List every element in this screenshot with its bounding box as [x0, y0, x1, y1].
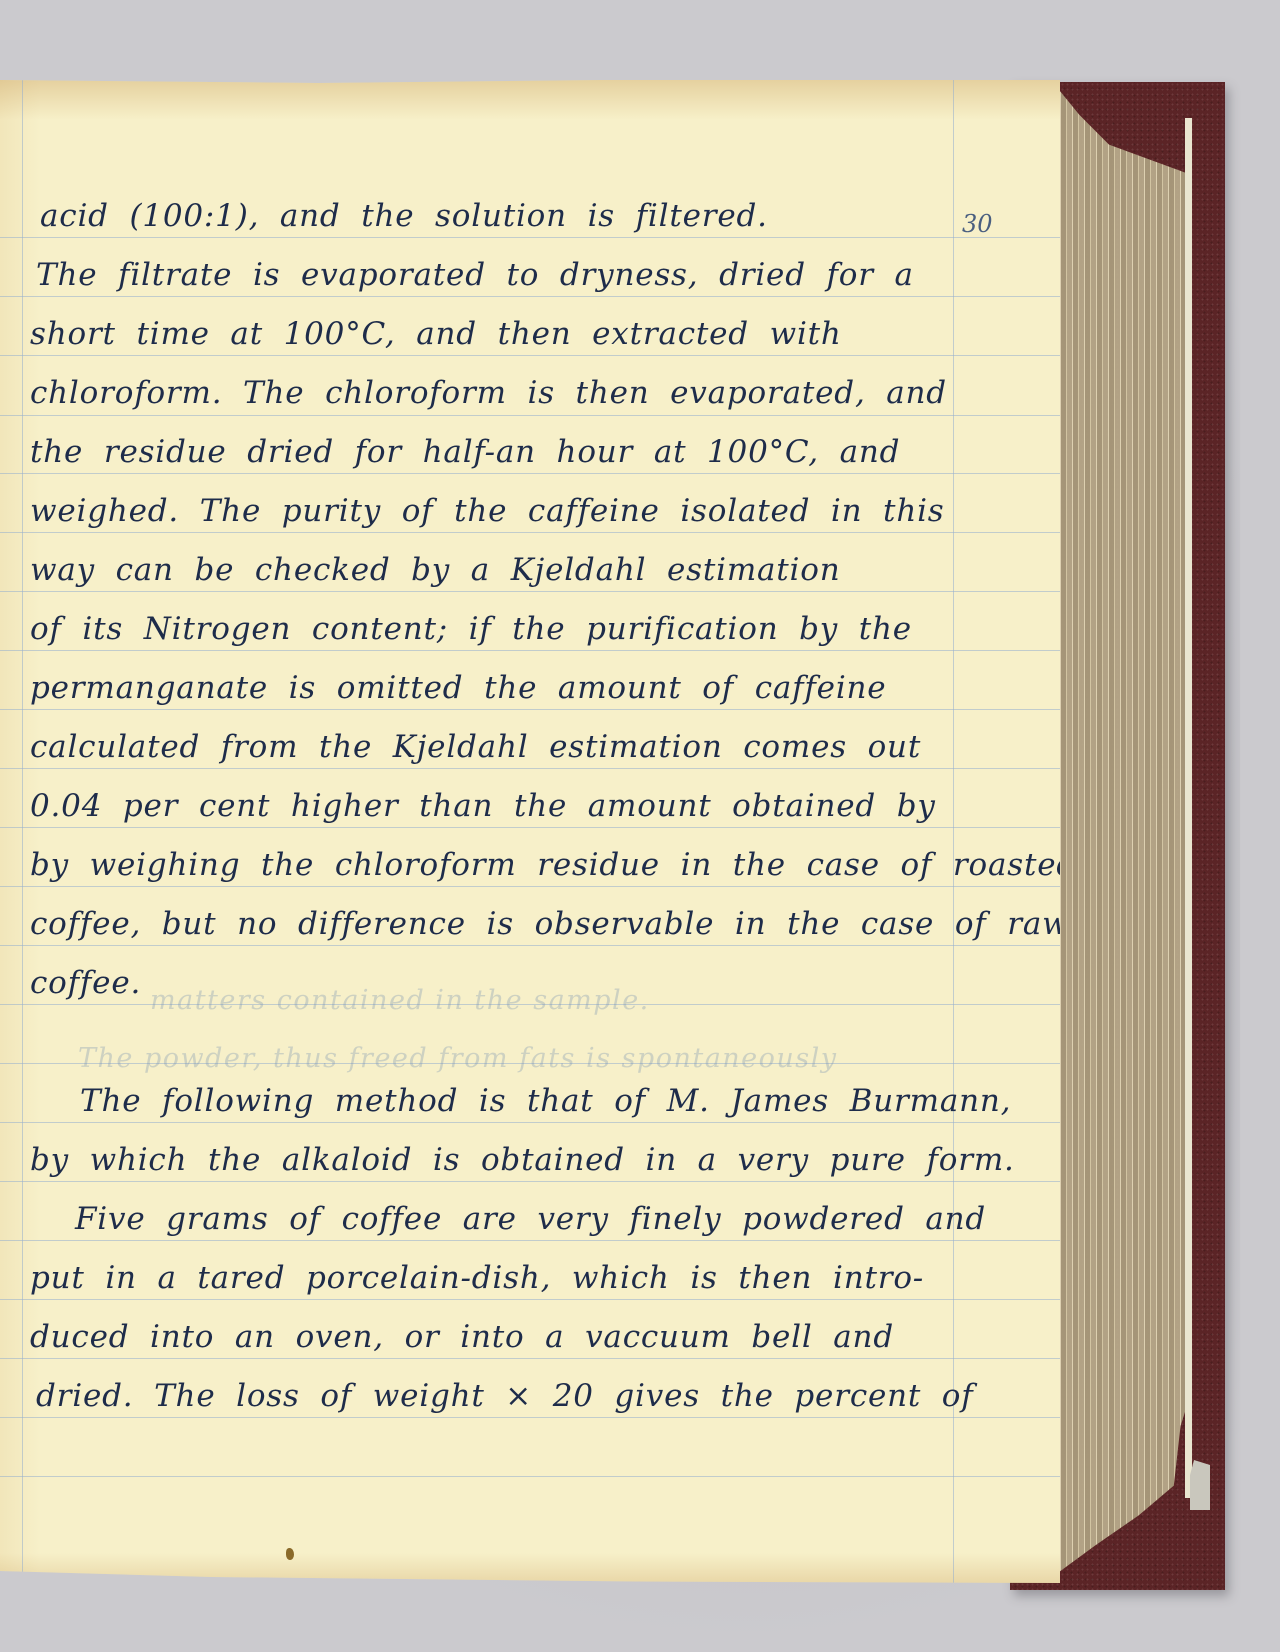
ink-stain: [286, 1548, 294, 1560]
handwritten-line: by which the alkaloid is obtained in a v…: [30, 1142, 1015, 1178]
handwritten-line: coffee, but no difference is observable …: [30, 906, 1069, 942]
ruled-line: [0, 237, 1060, 238]
ruled-line: [0, 532, 1060, 533]
bleed-through-line: The powder, thus freed from fats is spon…: [78, 1043, 838, 1074]
ruled-line: [0, 1417, 1060, 1418]
ruled-line: [0, 650, 1060, 651]
handwritten-line: the residue dried for half-an hour at 10…: [30, 434, 900, 470]
handwritten-line: duced into an oven, or into a vaccuum be…: [30, 1319, 894, 1355]
ruled-line: [0, 355, 1060, 356]
handwritten-line: calculated from the Kjeldahl estimation …: [30, 729, 921, 765]
handwritten-line: way can be checked by a Kjeldahl estimat…: [30, 552, 841, 588]
handwritten-line: short time at 100°C, and then extracted …: [30, 316, 842, 352]
handwritten-line: by weighing the chloroform residue in th…: [30, 847, 1077, 883]
ruled-line: [0, 415, 1060, 416]
handwritten-line: permanganate is omitted the amount of ca…: [30, 670, 886, 706]
bleed-through-line: matters contained in the sample.: [150, 985, 650, 1016]
ruled-line: [0, 709, 1060, 710]
handwritten-line: dried. The loss of weight × 20 gives the…: [36, 1378, 974, 1414]
ruled-line: [0, 1181, 1060, 1182]
ruled-line: [0, 591, 1060, 592]
handwritten-line: 0.04 per cent higher than the amount obt…: [30, 788, 936, 824]
right-margin-rule: [953, 80, 954, 1583]
ruled-line: [0, 473, 1060, 474]
handwritten-line: The filtrate is evaporated to dryness, d…: [36, 257, 914, 293]
ruled-line: [0, 886, 1060, 887]
ruled-line: [0, 1476, 1060, 1477]
ruled-line: [0, 1299, 1060, 1300]
handwritten-line: acid (100:1), and the solution is filter…: [40, 198, 768, 234]
handwritten-line: of its Nitrogen content; if the purifica…: [30, 611, 912, 647]
handwritten-line: weighed. The purity of the caffeine isol…: [30, 493, 945, 529]
handwritten-line: coffee.: [30, 965, 141, 1001]
page-block-edges: [1055, 85, 1190, 1575]
cover-corner-tab: [1190, 1460, 1210, 1510]
handwritten-line: The following method is that of M. James…: [80, 1083, 1011, 1119]
ruled-line: [0, 1240, 1060, 1241]
handwritten-line: put in a tared porcelain-dish, which is …: [30, 1260, 924, 1296]
endpaper-edge: [1185, 118, 1192, 1498]
handwritten-line: Five grams of coffee are very finely pow…: [75, 1201, 986, 1237]
notebook-page: 30 matters contained in the sample. The …: [0, 80, 1060, 1583]
ruled-line: [0, 945, 1060, 946]
handwritten-line: chloroform. The chloroform is then evapo…: [30, 375, 947, 411]
page-number: 30: [962, 210, 993, 238]
ruled-line: [0, 296, 1060, 297]
ruled-line: [0, 1122, 1060, 1123]
ruled-line: [0, 827, 1060, 828]
left-margin-rule: [22, 80, 23, 1583]
ruled-line: [0, 1358, 1060, 1359]
ruled-line: [0, 768, 1060, 769]
